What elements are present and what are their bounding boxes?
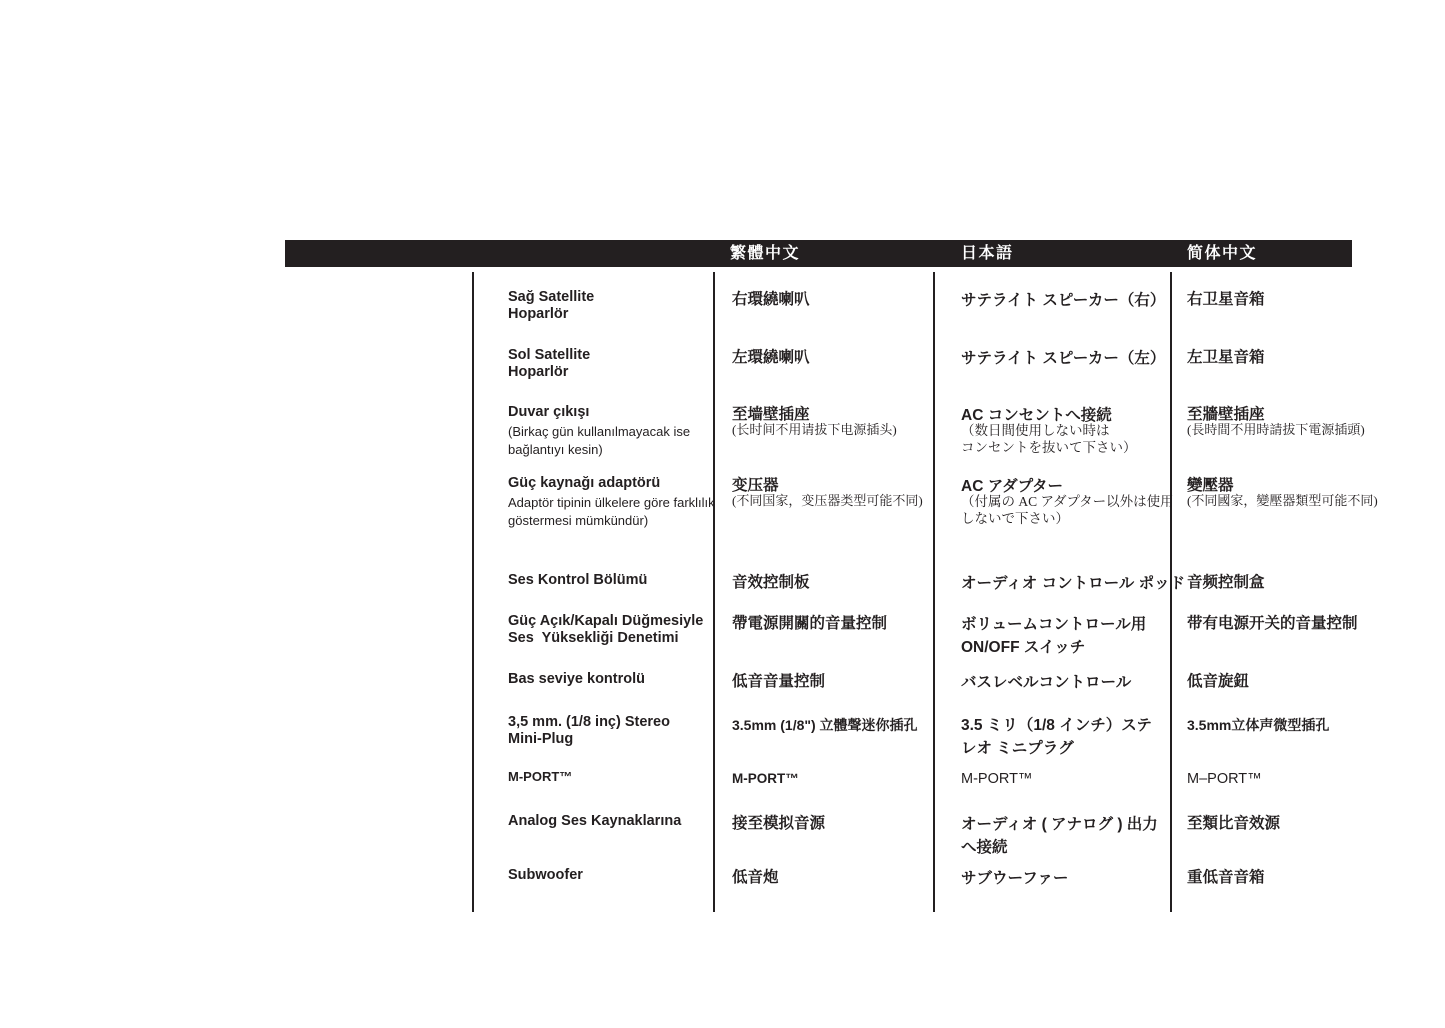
- label-japanese: M-PORT™: [961, 768, 1169, 791]
- note-turkish: (Birkaç gün kullanılmayacak ise bağlantı…: [508, 423, 723, 459]
- cell-turkish: Duvar çıkışı (Birkaç gün kullanılmayacak…: [508, 404, 723, 459]
- cell-turkish: Güç kaynağı adaptörü Adaptör tipinin ülk…: [508, 475, 723, 530]
- cell-simplified-chinese: 3.5mm立体声微型插孔: [1187, 714, 1437, 736]
- label-turkish: Güç Açık/Kapalı Düğmesiyle Ses Yüksekliğ…: [508, 613, 723, 647]
- label-traditional-chinese: 帶電源開關的音量控制: [732, 613, 930, 635]
- cell-traditional-chinese: 3.5mm (1/8") 立體聲迷你插孔: [732, 714, 930, 736]
- cell-traditional-chinese: 音效控制板: [732, 572, 930, 594]
- label-traditional-chinese: 右環繞喇叭: [732, 289, 930, 311]
- cell-turkish: Subwoofer: [508, 867, 723, 884]
- label-traditional-chinese: 低音炮: [732, 867, 930, 889]
- label-turkish: Duvar çıkışı: [508, 404, 723, 421]
- label-turkish: Bas seviye kontrolü: [508, 671, 723, 688]
- cell-japanese: オーディオ コントロール ポッド: [961, 572, 1169, 595]
- label-simplified-chinese: 右卫星音箱: [1187, 289, 1437, 311]
- column-divider-1: [472, 272, 474, 912]
- label-simplified-chinese: 左卫星音箱: [1187, 347, 1437, 369]
- cell-traditional-chinese: 左環繞喇叭: [732, 347, 930, 369]
- cell-traditional-chinese: 低音炮: [732, 867, 930, 889]
- label-simplified-chinese: 至類比音效源: [1187, 813, 1437, 835]
- label-japanese: 3.5 ミリ（1/8 インチ）ステ レオ ミニプラグ: [961, 714, 1169, 760]
- label-turkish: Ses Kontrol Bölümü: [508, 572, 723, 589]
- note-traditional-chinese: (长时间不用请拔下电源插头): [732, 421, 930, 438]
- cell-simplified-chinese: 带有电源开关的音量控制: [1187, 613, 1437, 635]
- cell-turkish: Bas seviye kontrolü: [508, 671, 723, 688]
- cell-japanese: サブウーファー: [961, 867, 1169, 890]
- cell-japanese: AC アダプター （付属の AC アダプター以外は使用 しないで下さい）: [961, 475, 1169, 527]
- cell-simplified-chinese: 左卫星音箱: [1187, 347, 1437, 369]
- cell-simplified-chinese: 重低音音箱: [1187, 867, 1437, 889]
- cell-turkish: Ses Kontrol Bölümü: [508, 572, 723, 589]
- label-simplified-chinese: M–PORT™: [1187, 768, 1437, 790]
- cell-japanese: オーディオ ( アナログ ) 出力 へ接続: [961, 813, 1169, 859]
- header-label-simplified-chinese: 简体中文: [1187, 245, 1257, 263]
- label-simplified-chinese: 3.5mm立体声微型插孔: [1187, 714, 1437, 736]
- header-label-traditional-chinese: 繁體中文: [730, 245, 800, 263]
- label-traditional-chinese: 3.5mm (1/8") 立體聲迷你插孔: [732, 714, 930, 736]
- cell-simplified-chinese: 音频控制盒: [1187, 572, 1437, 594]
- cell-traditional-chinese: 变压器 (不同国家，变压器类型可能不同): [732, 475, 930, 509]
- cell-japanese: 3.5 ミリ（1/8 インチ）ステ レオ ミニプラグ: [961, 714, 1169, 760]
- cell-simplified-chinese: M–PORT™: [1187, 768, 1437, 790]
- label-traditional-chinese: M-PORT™: [732, 768, 930, 790]
- note-traditional-chinese: (不同国家，变压器类型可能不同): [732, 492, 930, 509]
- cell-traditional-chinese: M-PORT™: [732, 768, 930, 790]
- column-divider-4: [1170, 272, 1172, 912]
- cell-turkish: Analog Ses Kaynaklarına: [508, 813, 723, 830]
- cell-traditional-chinese: 低音音量控制: [732, 671, 930, 693]
- label-japanese: バスレベルコントロール: [961, 671, 1169, 694]
- cell-japanese: ボリュームコントロール用 ON/OFF スイッチ: [961, 613, 1169, 659]
- label-turkish: Sağ Satellite Hoparlör: [508, 289, 723, 323]
- label-japanese: オーディオ コントロール ポッド: [961, 572, 1169, 595]
- header-label-japanese: 日本語: [961, 245, 1014, 263]
- label-japanese: サテライト スピーカー（左）: [961, 347, 1169, 370]
- column-divider-3: [933, 272, 935, 912]
- cell-simplified-chinese: 至類比音效源: [1187, 813, 1437, 835]
- label-japanese: サテライト スピーカー（右）: [961, 289, 1169, 312]
- cell-simplified-chinese: 至牆壁插座 (長時間不用時請拔下電源插頭): [1187, 404, 1437, 438]
- label-traditional-chinese: 接至模拟音源: [732, 813, 930, 835]
- label-simplified-chinese: 音频控制盒: [1187, 572, 1437, 594]
- cell-japanese: サテライト スピーカー（右）: [961, 289, 1169, 312]
- note-simplified-chinese: (不同國家，變壓器類型可能不同): [1187, 492, 1437, 509]
- cell-japanese: M-PORT™: [961, 768, 1169, 791]
- label-turkish: M-PORT™: [508, 768, 723, 785]
- note-turkish: Adaptör tipinin ülkelere göre farklılık …: [508, 494, 723, 530]
- label-traditional-chinese: 低音音量控制: [732, 671, 930, 693]
- cell-turkish: M-PORT™: [508, 768, 723, 785]
- label-traditional-chinese: 音效控制板: [732, 572, 930, 594]
- cell-japanese: サテライト スピーカー（左）: [961, 347, 1169, 370]
- label-turkish: 3,5 mm. (1/8 inç) Stereo Mini-Plug: [508, 714, 723, 748]
- label-japanese: サブウーファー: [961, 867, 1169, 890]
- label-japanese: ボリュームコントロール用 ON/OFF スイッチ: [961, 613, 1169, 659]
- label-japanese: オーディオ ( アナログ ) 出力 へ接続: [961, 813, 1169, 859]
- cell-traditional-chinese: 右環繞喇叭: [732, 289, 930, 311]
- manual-page: 繁體中文 日本語 简体中文 Sağ Satellite Hoparlör 右環繞…: [0, 0, 1445, 1028]
- note-simplified-chinese: (長時間不用時請拔下電源插頭): [1187, 421, 1437, 438]
- cell-turkish: Güç Açık/Kapalı Düğmesiyle Ses Yüksekliğ…: [508, 613, 723, 647]
- cell-simplified-chinese: 變壓器 (不同國家，變壓器類型可能不同): [1187, 475, 1437, 509]
- label-simplified-chinese: 带有电源开关的音量控制: [1187, 613, 1437, 635]
- cell-simplified-chinese: 右卫星音箱: [1187, 289, 1437, 311]
- cell-japanese: AC コンセントへ接続 （数日間使用しない時は コンセントを抜いて下さい）: [961, 404, 1169, 456]
- note-japanese: （数日間使用しない時は コンセントを抜いて下さい）: [961, 422, 1169, 456]
- label-turkish: Güç kaynağı adaptörü: [508, 475, 723, 492]
- label-turkish: Subwoofer: [508, 867, 723, 884]
- label-turkish: Analog Ses Kaynaklarına: [508, 813, 723, 830]
- cell-simplified-chinese: 低音旋鈕: [1187, 671, 1437, 693]
- cell-japanese: バスレベルコントロール: [961, 671, 1169, 694]
- cell-turkish: Sol Satellite Hoparlör: [508, 347, 723, 381]
- note-japanese: （付属の AC アダプター以外は使用 しないで下さい）: [961, 493, 1169, 527]
- cell-traditional-chinese: 接至模拟音源: [732, 813, 930, 835]
- cell-traditional-chinese: 帶電源開關的音量控制: [732, 613, 930, 635]
- label-simplified-chinese: 低音旋鈕: [1187, 671, 1437, 693]
- label-turkish: Sol Satellite Hoparlör: [508, 347, 723, 381]
- cell-traditional-chinese: 至墙壁插座 (长时间不用请拔下电源插头): [732, 404, 930, 438]
- cell-turkish: Sağ Satellite Hoparlör: [508, 289, 723, 323]
- label-simplified-chinese: 重低音音箱: [1187, 867, 1437, 889]
- label-traditional-chinese: 左環繞喇叭: [732, 347, 930, 369]
- cell-turkish: 3,5 mm. (1/8 inç) Stereo Mini-Plug: [508, 714, 723, 748]
